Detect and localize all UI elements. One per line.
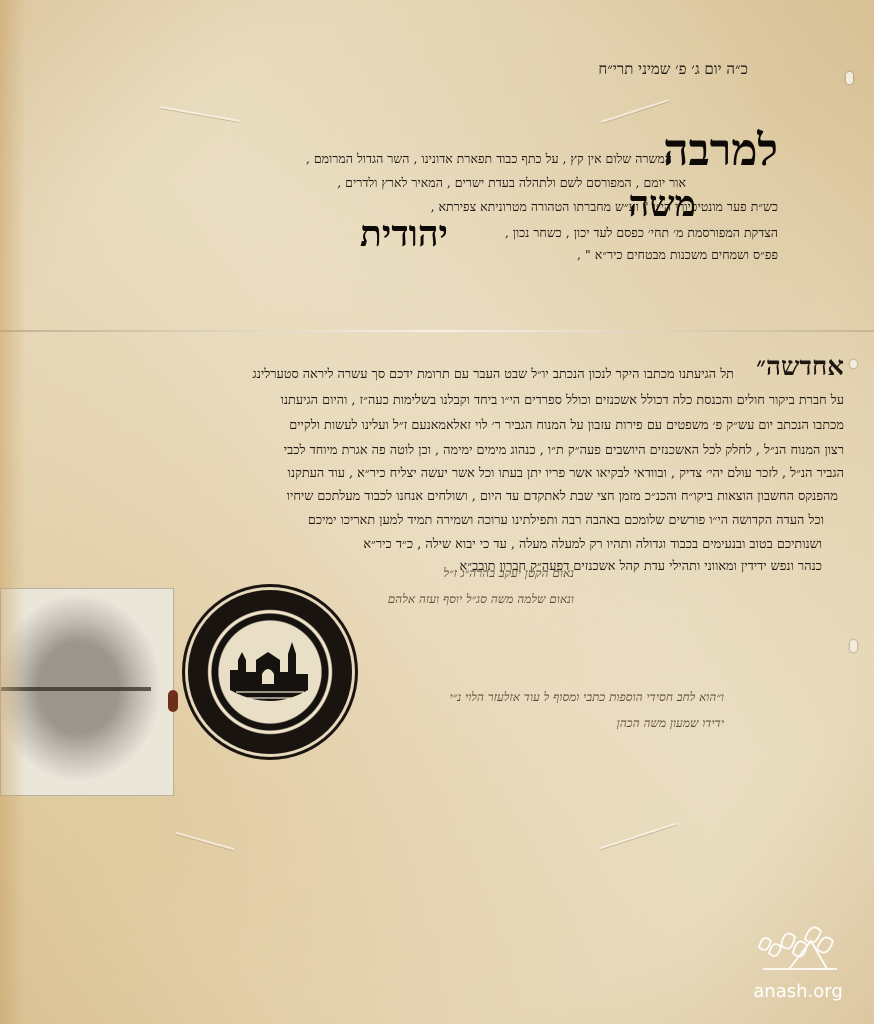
body-line: תל הגיעתנו מכתבו היקר לנכון הנכתב יו״ל ש… <box>252 367 734 383</box>
body-line: הגביר הנ״ל , לזכר עולם יהי׳ צדיק , ובווד… <box>288 466 844 482</box>
wax-remnant <box>168 690 178 712</box>
patch-crease <box>1 687 151 691</box>
postscript-line: ידידו שמעון משה הכהן <box>617 716 724 731</box>
header-line: המשרה שלום אין קץ , על כתף כבוד תפארת אד… <box>306 151 672 167</box>
body-line: ושנותיכם בטוב ובנעימים בכבוד וגדולה ותהי… <box>363 537 822 553</box>
watermark-text: anash.org <box>744 981 852 1002</box>
paper-tear <box>850 360 857 368</box>
seal-city-icon <box>224 630 316 710</box>
paper-crease <box>160 106 239 122</box>
header-word-large: יהודית <box>360 213 448 255</box>
paper-tear <box>846 72 853 84</box>
paper-crease <box>601 99 668 123</box>
header-word-large: משה <box>628 183 696 225</box>
paper-tear <box>850 640 857 652</box>
postscript-line: ו״הוא לחב חסידי הוספות כתבי ומסוף ל עוד … <box>450 690 724 705</box>
body-line: על חברת ביקור חולים והכנסת כלה דכולל אשכ… <box>281 393 844 409</box>
header-line: כש״ת פער מונטיפיורי הי״ו " וע״ש מחברתו ה… <box>431 199 778 215</box>
body-line: מכתבו הנכתב יום עש״ק פ׳ משפטים עם פירות … <box>289 418 844 434</box>
header-line: פפ״ס ושמחים משכנות מבטחים כיר״א " , <box>577 247 778 263</box>
anash-watermark: anash.org <box>744 919 852 1002</box>
body-line: רצון המנוח הנ״ל , לחלק לכל האשכנזים היוש… <box>284 443 844 459</box>
date-line: כ״ה יום ג׳ פ׳ שמיני תרי״ח <box>598 60 748 79</box>
header-line: הצדקת המפורסמת מ׳ תחי׳ כפסם לעד יכון , כ… <box>505 225 778 241</box>
signature-line: ונאום שלמה משה סג״ל יוסף ועזה אלהם <box>388 592 574 607</box>
header-word-large: למרבה <box>663 125 778 176</box>
seal-impression-patch <box>0 588 174 796</box>
aged-paper-background: כ״ה יום ג׳ פ׳ שמיני תרי״ח למרבה המשרה של… <box>0 0 874 1024</box>
letter-opener: אחדשה״ <box>756 359 844 375</box>
paper-crease <box>176 832 234 850</box>
body-line: מהפנקס החשבון הוצאות ביקו״ח והכנ״כ מזמן … <box>287 489 838 505</box>
community-seal <box>188 590 352 754</box>
signature-line: נאום הקטן יעקב בהרה״ג ז״ל <box>443 566 574 581</box>
paper-crease <box>600 823 677 850</box>
body-line: וכל העדה הקדושה הי״ו פורשים שלומכם באהבה… <box>308 513 824 529</box>
anash-logo-icon <box>753 919 843 977</box>
